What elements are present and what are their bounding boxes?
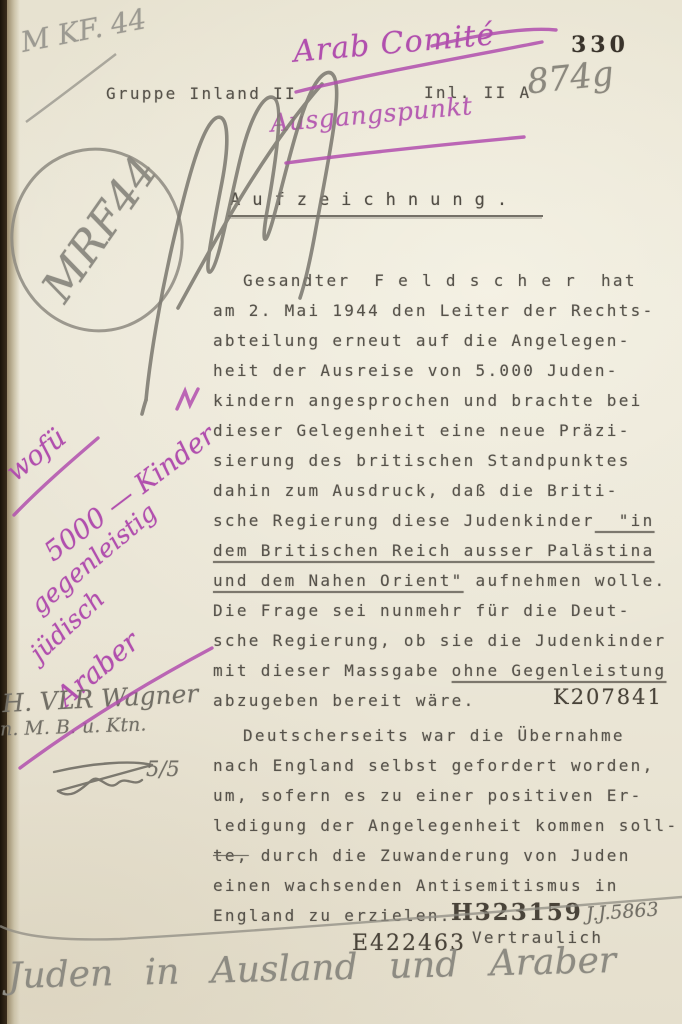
archive-stamp-k: K207841	[553, 685, 663, 709]
typed-line: ledigung der Angelegenheit kommen soll-	[213, 811, 678, 841]
binding-edge-dark	[0, 0, 7, 1024]
pencil-slash	[26, 54, 116, 122]
typed-line: dahin zum Ausdruck, daß die Briti-	[213, 476, 666, 506]
magenta-note-arab-comite: Arab Comité	[292, 17, 497, 70]
typed-line: abteilung erneut auf die Angelegen-	[213, 326, 666, 356]
typed-line: te, durch die Zuwanderung von Juden	[213, 841, 678, 871]
body-paragraph-1: Gesandter F e l d s c h e r hatam 2. Mai…	[213, 266, 666, 716]
magenta-margin-tick	[177, 389, 198, 409]
typed-line: sche Regierung, ob sie die Judenkinder	[213, 626, 666, 656]
binding-edge-tan	[7, 0, 20, 1024]
typed-line: Deutscherseits war die Übernahme	[213, 721, 678, 751]
typed-line: sche Regierung diese Judenkinder "in	[213, 506, 666, 536]
margin-pencil-abbrev: n. M. B. u. Ktn.	[0, 713, 147, 740]
pencil-filing-note: M KF. 44	[18, 2, 149, 59]
typed-line: kindern angesprochen und brachte bei	[213, 386, 666, 416]
archive-stamp-h: H323159	[451, 899, 583, 926]
magenta-underline-struck-note	[286, 137, 524, 163]
document-page: M KF. 44 Arab Comité 330 Gruppe Inland I…	[0, 0, 682, 1024]
wagner-signature	[54, 763, 152, 795]
typed-line: um, sofern es zu einer positiven Er-	[213, 781, 678, 811]
body-paragraph-2: Deutscherseits war die Übernahmenach Eng…	[213, 721, 678, 931]
group-inland-line: Gruppe Inland II	[106, 84, 297, 103]
typed-line: Gesandter F e l d s c h e r hat	[213, 266, 666, 296]
typed-line: einen wachsenden Antisemitismus in	[213, 871, 678, 901]
typed-line: dieser Gelegenheit eine neue Präzi-	[213, 416, 666, 446]
document-title: Aufzeichnung.	[228, 190, 543, 217]
magenta-note-struck: Ausgangspunkt	[269, 91, 473, 138]
typed-line: und dem Nahen Orient" aufnehmen wolle.	[213, 566, 666, 596]
handwritten-ref-number: 874g	[525, 54, 615, 103]
typed-line: mit dieser Massgabe ohne Gegenleistung	[213, 656, 666, 686]
margin-pencil-wagner: H. VLR Wagner	[1, 679, 199, 718]
typed-line: sierung des britischen Standpunktes	[213, 446, 666, 476]
typed-line: nach England selbst gefordert worden,	[213, 751, 678, 781]
typed-line: am 2. Mai 1944 den Leiter der Rechts-	[213, 296, 666, 326]
margin-pencil-date: 5/5	[146, 757, 180, 781]
typed-line: Die Frage sei nunmehr für die Deut-	[213, 596, 666, 626]
typed-line: heit der Ausreise von 5.000 Juden-	[213, 356, 666, 386]
bottom-pencil-note: Juden in Ausland und Araber	[8, 940, 617, 997]
typed-line: dem Britischen Reich ausser Palästina	[213, 536, 666, 566]
circle-stamp-text: MRF44	[32, 147, 168, 311]
